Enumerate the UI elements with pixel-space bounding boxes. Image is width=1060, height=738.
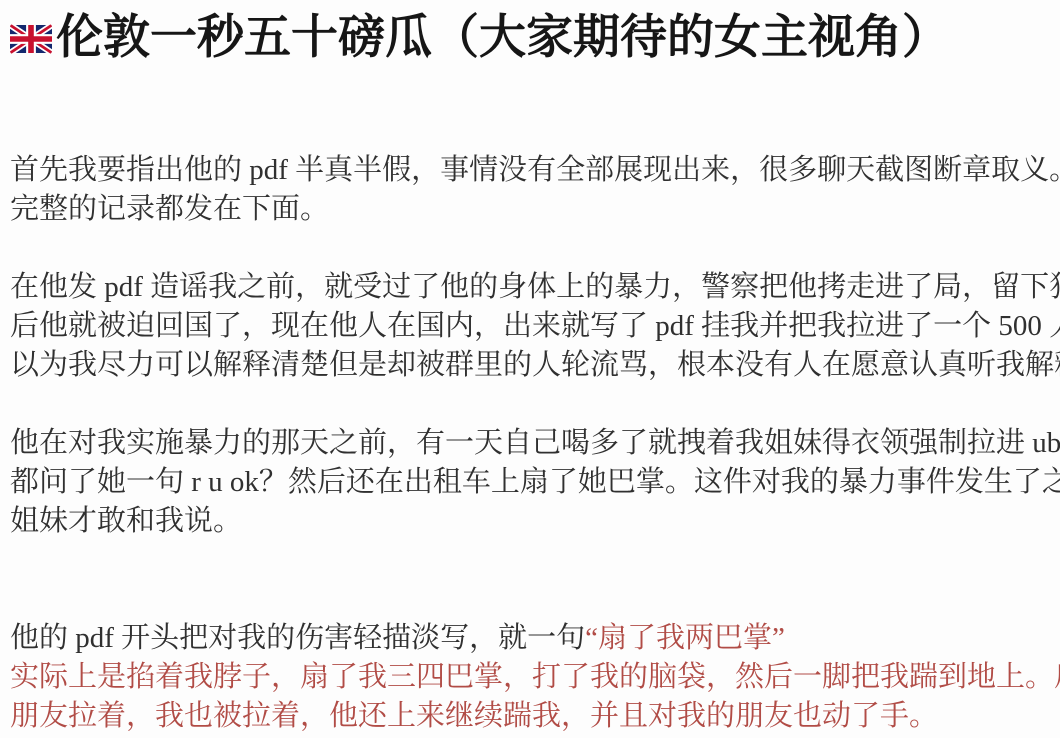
page-title: 伦敦一秒五十磅瓜（大家期待的女主视角） — [10, 8, 1046, 66]
paragraph-4-line-3-highlight: 朋友拉着，我也被拉着，他还上来继续踹我，并且对我的朋友也动了手。 — [10, 700, 938, 732]
text-line: 都问了她一句 r u ok？然后还在出租车上扇了她巴掌。这件对我的暴力事件发生了… — [10, 463, 1046, 502]
page-title-text: 伦敦一秒五十磅瓜（大家期待的女主视角） — [56, 10, 949, 63]
text-line: 在他发 pdf 造谣我之前，就受过了他的身体上的暴力，警察把他拷走进了局，留下犯… — [10, 268, 1046, 307]
text-line: 后他就被迫回国了，现在他人在国内，出来就写了 pdf 挂我并把我拉进了一个 50… — [10, 307, 1046, 346]
paragraph-1: 首先我要指出他的 pdf 半真半假，事情没有全部展现出来，很多聊天截图断章取义。… — [10, 151, 1046, 229]
paragraph-4: 他的 pdf 开头把对我的伤害轻描淡写，就一句“扇了我两巴掌” 实际上是掐着我脖… — [10, 619, 1046, 736]
text-line: 朋友拉着，我也被拉着，他还上来继续踹我，并且对我的朋友也动了手。 — [10, 697, 1046, 736]
text-line: 完整的记录都发在下面。 — [10, 190, 1046, 229]
paragraph-3-line-3: 姐妹才敢和我说。 — [10, 505, 242, 537]
paragraph-3-line-1: 他在对我实施暴力的那天之前，有一天自己喝多了就拽着我姐妹得衣领强制拉进 uber… — [10, 427, 1060, 459]
paragraph-2-line-1: 在他发 pdf 造谣我之前，就受过了他的身体上的暴力，警察把他拷走进了局，留下犯… — [10, 271, 1060, 303]
paragraph-4-line-2-highlight: 实际上是掐着我脖子，扇了我三四巴掌，打了我的脑袋，然后一脚把我踹到地上。后面他被 — [10, 661, 1060, 693]
text-line: 以为我尽力可以解释清楚但是却被群里的人轮流骂，根本没有人在愿意认真听我解释。 — [10, 346, 1046, 385]
paragraph-2-line-2: 后他就被迫回国了，现在他人在国内，出来就写了 pdf 挂我并把我拉进了一个 50… — [10, 310, 1060, 342]
article-page: 伦敦一秒五十磅瓜（大家期待的女主视角） 首先我要指出他的 pdf 半真半假，事情… — [0, 0, 1060, 738]
paragraph-1-line-2: 完整的记录都发在下面。 — [10, 193, 329, 225]
text-line: 他的 pdf 开头把对我的伤害轻描淡写，就一句“扇了我两巴掌” — [10, 619, 1046, 658]
paragraph-3-line-2: 都问了她一句 r u ok？然后还在出租车上扇了她巴掌。这件对我的暴力事件发生了… — [10, 466, 1060, 498]
text-line: 实际上是掐着我脖子，扇了我三四巴掌，打了我的脑袋，然后一脚把我踹到地上。后面他被 — [10, 658, 1046, 697]
text-line: 他在对我实施暴力的那天之前，有一天自己喝多了就拽着我姐妹得衣领强制拉进 uber… — [10, 424, 1046, 463]
paragraph-3: 他在对我实施暴力的那天之前，有一天自己喝多了就拽着我姐妹得衣领强制拉进 uber… — [10, 424, 1046, 541]
paragraph-2-line-3: 以为我尽力可以解释清楚但是却被群里的人轮流骂，根本没有人在愿意认真听我解释。 — [10, 349, 1060, 381]
text-line: 首先我要指出他的 pdf 半真半假，事情没有全部展现出来，很多聊天截图断章取义。… — [10, 151, 1046, 190]
paragraph-4-intro: 他的 pdf 开头把对我的伤害轻描淡写，就一句 — [10, 622, 585, 654]
paragraph-4-quote-highlight: “扇了我两巴掌” — [585, 622, 785, 654]
text-line: 姐妹才敢和我说。 — [10, 502, 1046, 541]
paragraph-2: 在他发 pdf 造谣我之前，就受过了他的身体上的暴力，警察把他拷走进了局，留下犯… — [10, 268, 1046, 385]
paragraph-1-line-1: 首先我要指出他的 pdf 半真半假，事情没有全部展现出来，很多聊天截图断章取义。… — [10, 154, 1060, 186]
uk-flag-icon — [10, 24, 52, 54]
